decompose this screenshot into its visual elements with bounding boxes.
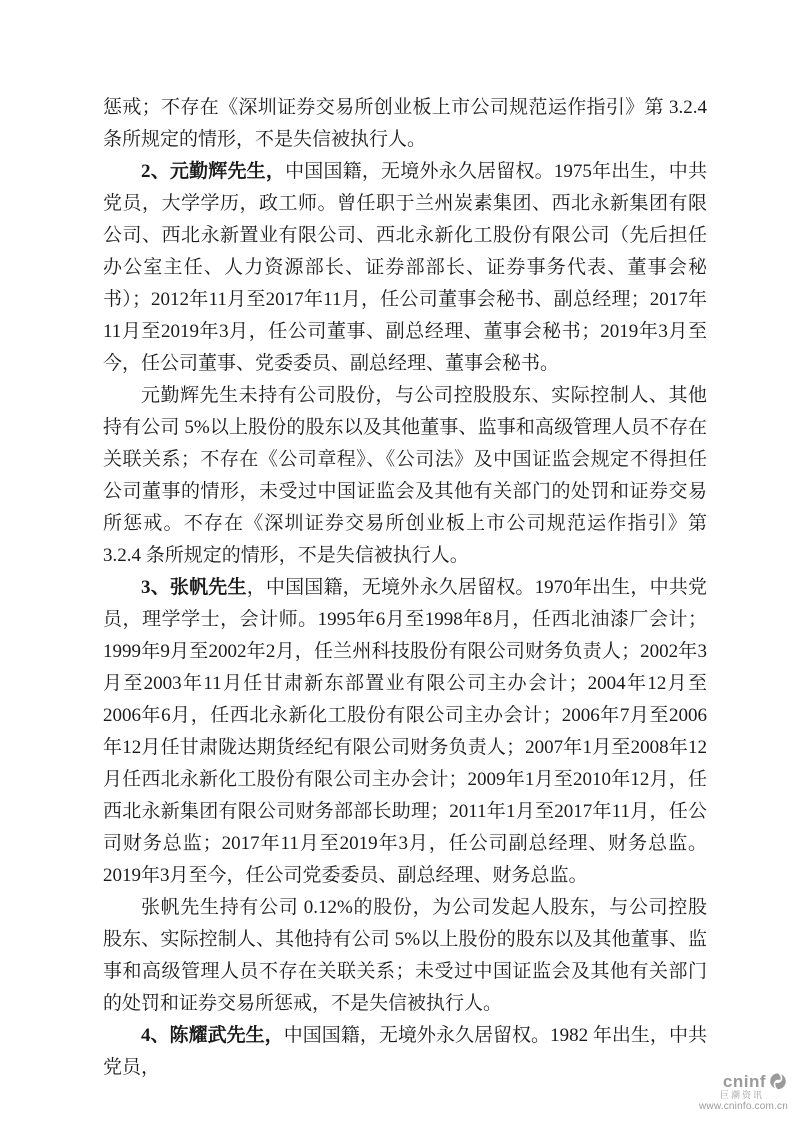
director-name-lead: 3、张帆先生 <box>141 577 247 598</box>
document-body: 惩戒；不存在《深圳证券交易所创业板上市公司规范运作指引》第 3.2.4 条所规定… <box>103 92 707 1084</box>
paragraph-director-2: 2、元勤辉先生，中国国籍，无境外永久居留权。1975年出生，中共党员，大学学历，… <box>103 156 707 380</box>
paragraph-director-3-disclosure: 张帆先生持有公司 0.12%的股份，为公司发起人股东，与公司控股股东、实际控制人… <box>103 892 707 1020</box>
paragraph-continuation: 惩戒；不存在《深圳证券交易所创业板上市公司规范运作指引》第 3.2.4 条所规定… <box>103 92 707 156</box>
cninfo-url: www.cninfo.com.cn <box>699 1101 788 1113</box>
paragraph-text: 元勤辉先生未持有公司股份，与公司控股股东、实际控制人、其他持有公司 5%以上股份… <box>103 385 707 566</box>
paragraph-text: 张帆先生持有公司 0.12%的股份，为公司发起人股东，与公司控股股东、实际控制人… <box>103 897 707 1014</box>
paragraph-director-4: 4、陈耀武先生，中国国籍，无境外永久居留权。1982 年出生，中共党员， <box>103 1020 707 1084</box>
paragraph-text: 惩戒；不存在《深圳证券交易所创业板上市公司规范运作指引》第 3.2.4 条所规定… <box>103 97 707 150</box>
wave-swirl-icon <box>768 1072 788 1091</box>
director-name-lead: 2、元勤辉先生， <box>141 161 285 182</box>
director-name-lead: 4、陈耀武先生， <box>141 1025 284 1046</box>
cninfo-logo: cninf <box>723 1072 788 1091</box>
cninfo-logo-text: cninf <box>723 1073 766 1090</box>
paragraph-text: 中国国籍，无境外永久居留权。1975年出生，中共党员，大学学历，政工师。曾任职于… <box>103 161 707 374</box>
paragraph-director-3: 3、张帆先生，中国国籍，无境外永久居留权。1970年出生，中共党员，理学学士，会… <box>103 572 707 892</box>
cninfo-chinese-label: 巨潮资讯 <box>720 1090 764 1101</box>
document-page: 惩戒；不存在《深圳证券交易所创业板上市公司规范运作指引》第 3.2.4 条所规定… <box>0 0 793 1122</box>
cninfo-watermark: cninf 巨潮资讯 www.cninfo.com.cn <box>699 1072 788 1113</box>
paragraph-director-2-disclosure: 元勤辉先生未持有公司股份，与公司控股股东、实际控制人、其他持有公司 5%以上股份… <box>103 380 707 572</box>
paragraph-text: ，中国国籍，无境外永久居留权。1970年出生，中共党员，理学学士，会计师。199… <box>103 577 707 886</box>
